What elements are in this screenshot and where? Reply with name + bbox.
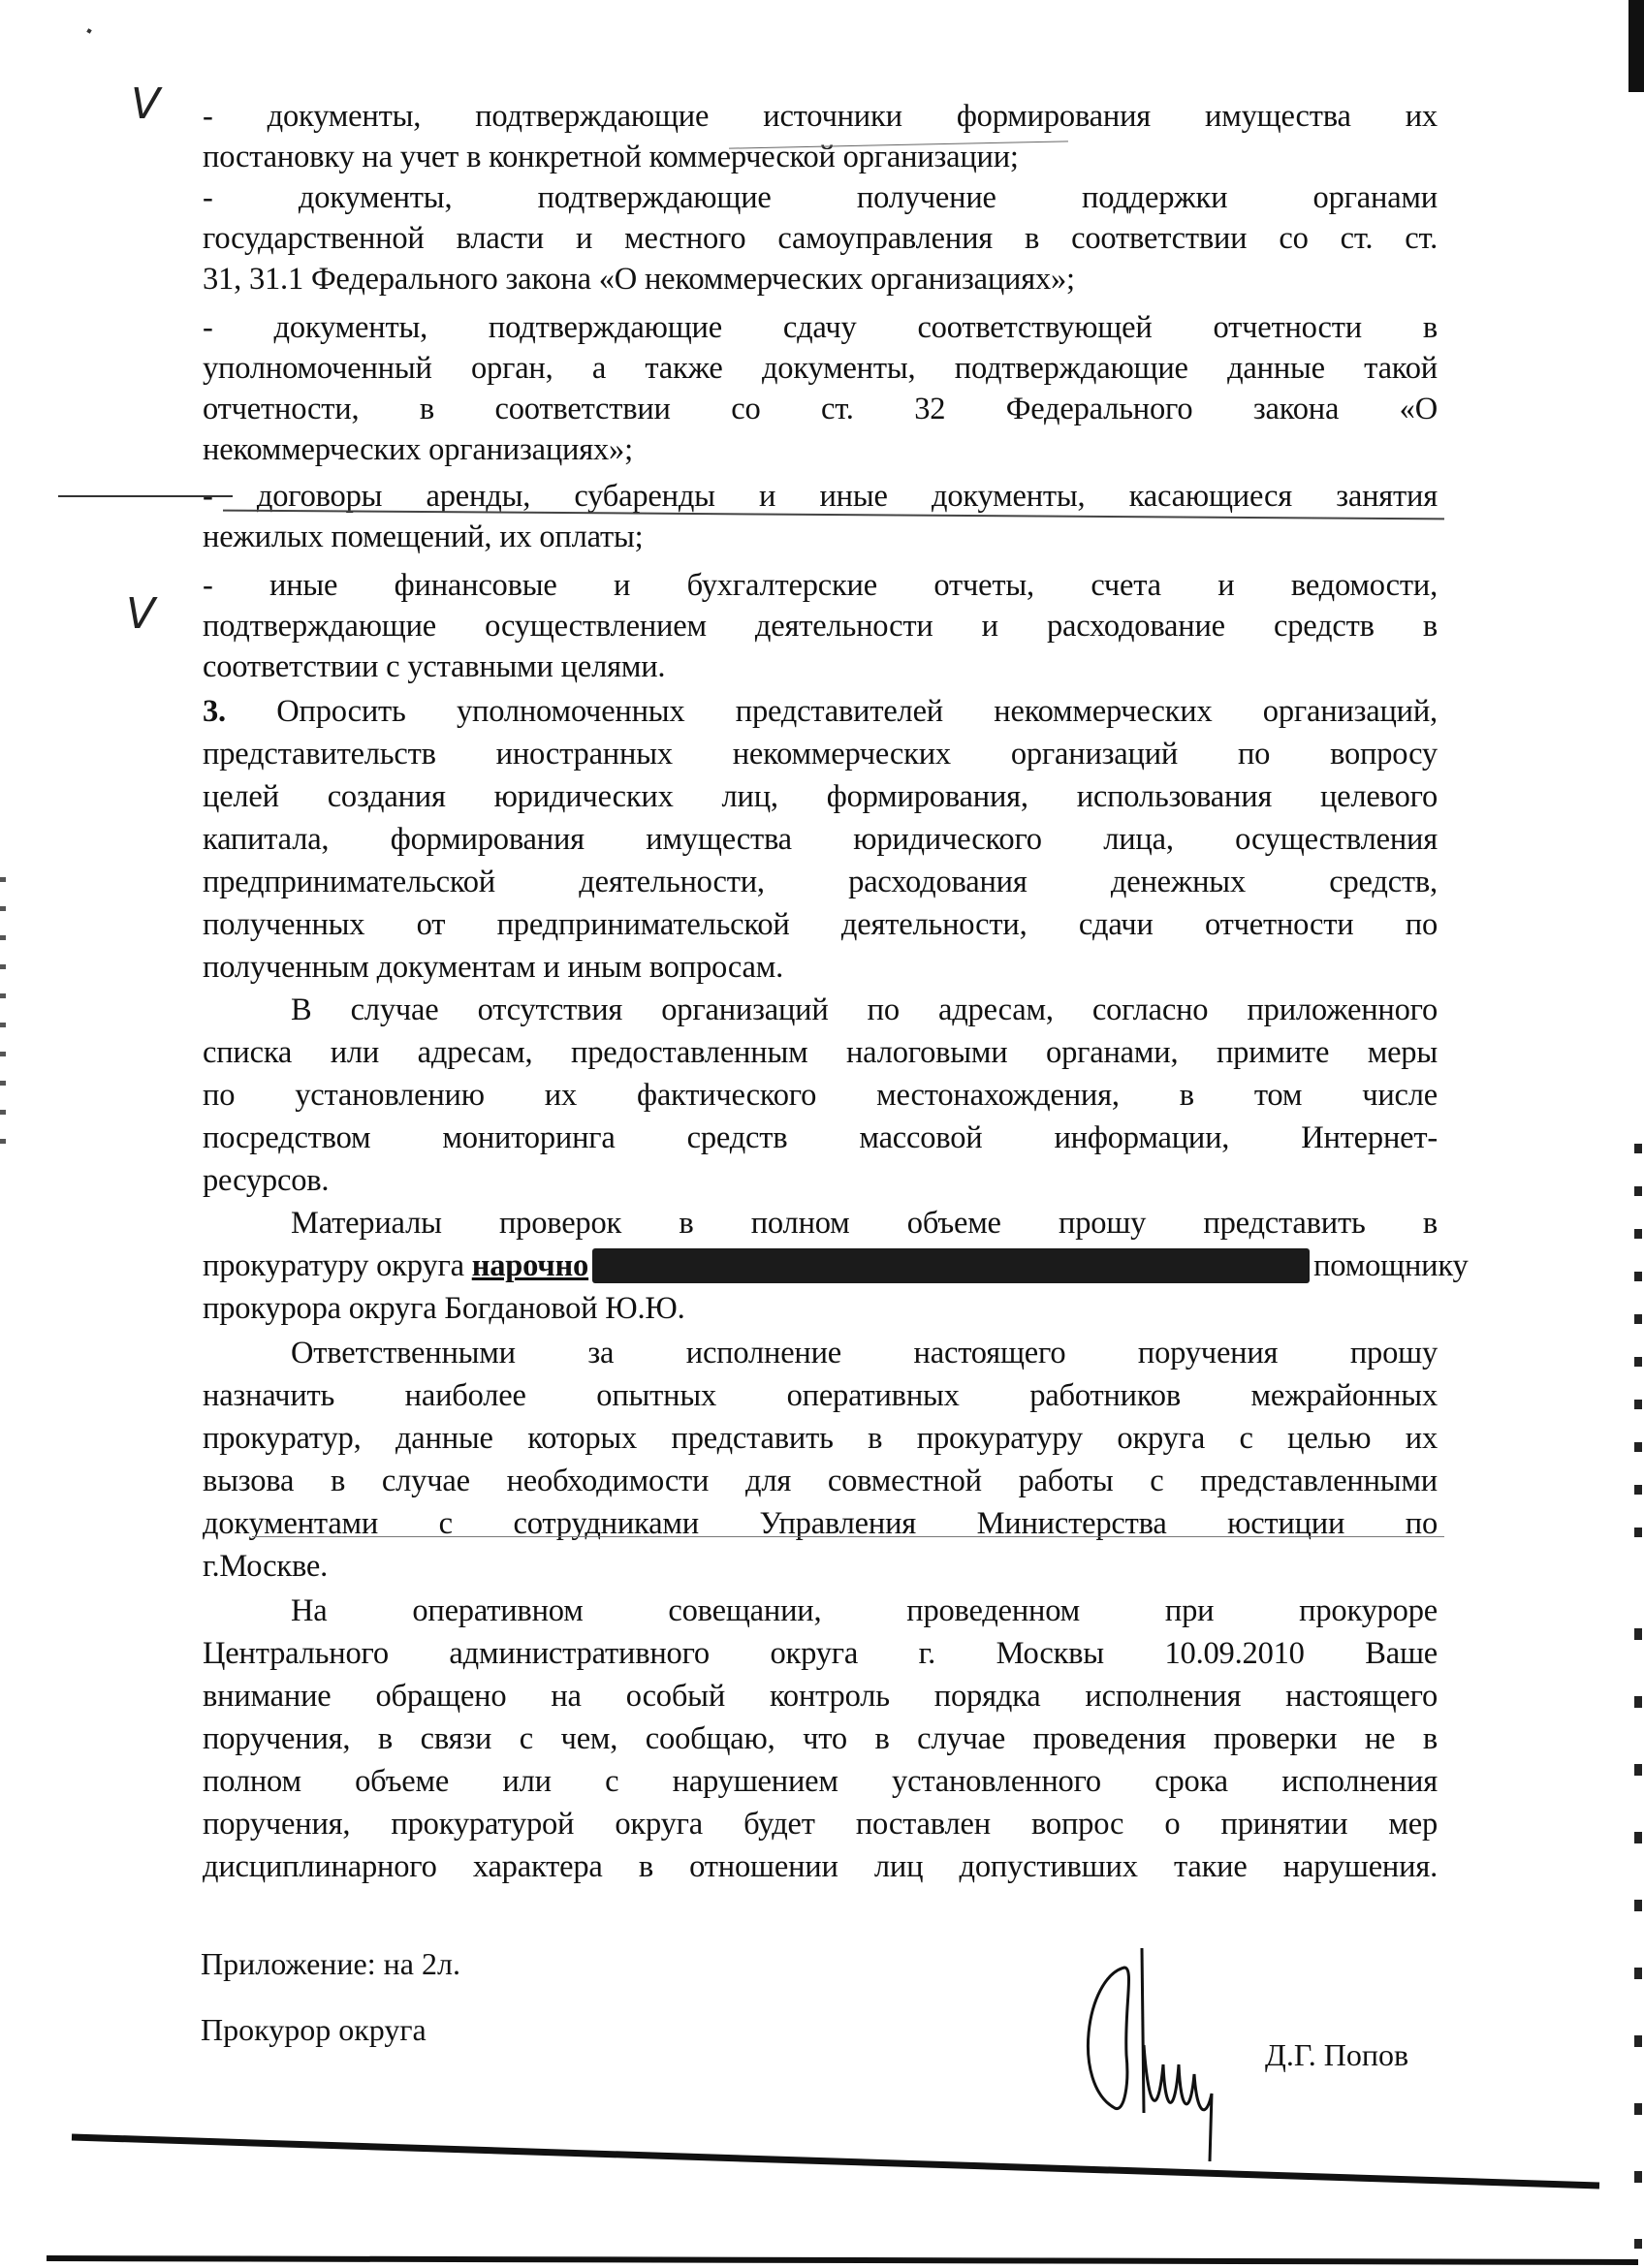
scanned-document-page: V V - документы, подтверждающие источник… [0,0,1644,2268]
footer-rule [0,0,1644,2268]
adjacent-page-fragment [1634,1124,1642,1541]
adjacent-page-fragment [1634,1590,1642,2249]
left-scan-edge-noise [0,853,6,1144]
